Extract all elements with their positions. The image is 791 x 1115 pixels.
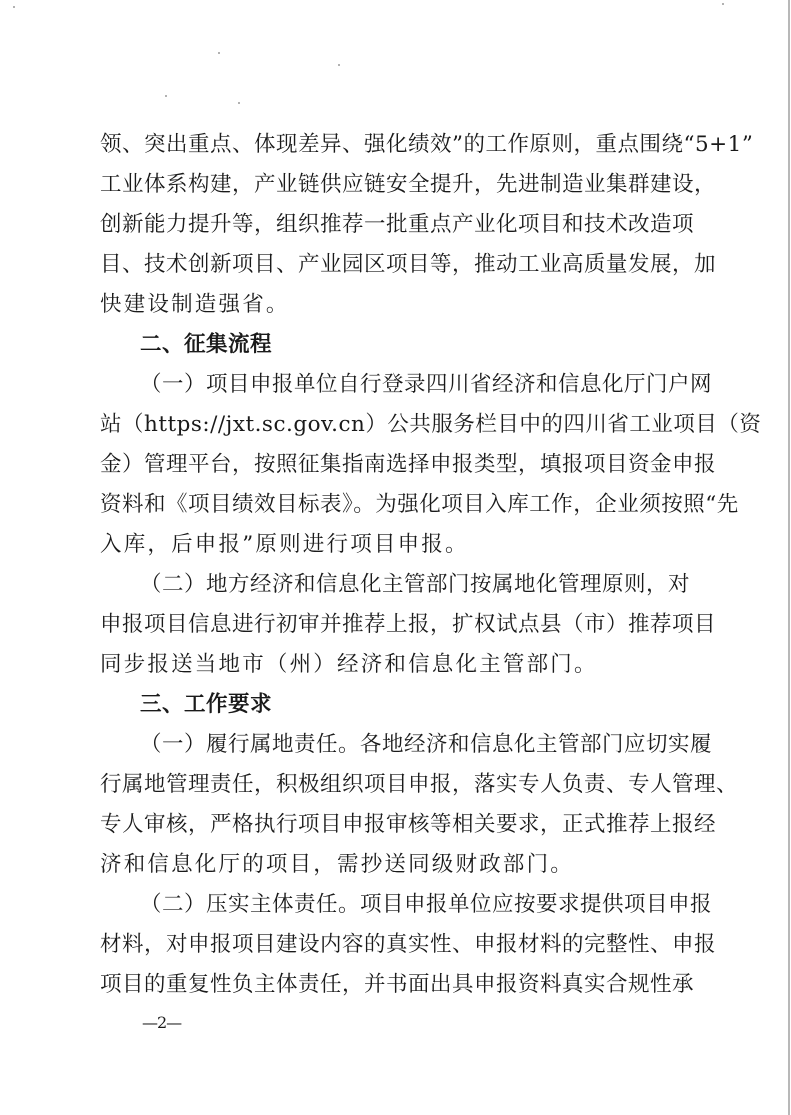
text-line: 快建设制造强省。 (100, 285, 684, 325)
paragraph-start: （一）项目申报单位自行登录四川省经济和信息化厅门户网 (100, 365, 684, 405)
text-line: 站（https://jxt.sc.gov.cn）公共服务栏目中的四川省工业项目（… (100, 405, 684, 445)
scan-speck (238, 102, 240, 104)
text-line: 专人审核，严格执行项目申报审核等相关要求，正式推荐上报经 (100, 805, 684, 845)
paragraph-start: （二）地方经济和信息化主管部门按属地化管理原则，对 (100, 565, 684, 605)
section-heading-collection-process: 二、征集流程 (100, 325, 684, 365)
text-line: 工业体系构建，产业链供应链安全提升，先进制造业集群建设， (100, 165, 684, 205)
text-line: 目、技术创新项目、产业园区项目等，推动工业高质量发展，加 (100, 245, 684, 285)
paragraph-start: （一）履行属地责任。各地经济和信息化主管部门应切实履 (100, 725, 684, 765)
section-heading-work-requirements: 三、工作要求 (100, 685, 684, 725)
scan-speck (722, 3, 724, 5)
text-line: 领、突出重点、体现差异、强化绩效”的工作原则，重点围绕“5+1” (100, 125, 684, 165)
text-line: 创新能力提升等，组织推荐一批重点产业化项目和技术改造项 (100, 205, 684, 245)
text-line: 资料和《项目绩效目标表》。为强化项目入库工作，企业须按照“先 (100, 485, 684, 525)
page-number: —2— (142, 1012, 181, 1034)
paragraph-start: （二）压实主体责任。项目申报单位应按要求提供项目申报 (100, 885, 684, 925)
scan-speck (218, 52, 220, 54)
text-line: 同步报送当地市（州）经济和信息化主管部门。 (100, 645, 684, 685)
scan-edge (788, 0, 790, 1115)
scan-speck (165, 95, 167, 97)
text-line: 入库，后申报”原则进行项目申报。 (100, 525, 684, 565)
text-line: 申报项目信息进行初审并推荐上报，扩权试点县（市）推荐项目 (100, 605, 684, 645)
scan-speck (338, 64, 340, 66)
text-line: 金）管理平台，按照征集指南选择申报类型，填报项目资金申报 (100, 445, 684, 485)
body-text: 领、突出重点、体现差异、强化绩效”的工作原则，重点围绕“5+1” 工业体系构建，… (100, 125, 684, 1005)
document-page: 领、突出重点、体现差异、强化绩效”的工作原则，重点围绕“5+1” 工业体系构建，… (0, 0, 791, 1115)
text-line: 项目的重复性负主体责任，并书面出具申报资料真实合规性承 (100, 965, 684, 1005)
text-line: 济和信息化厅的项目，需抄送同级财政部门。 (100, 845, 684, 885)
text-line: 行属地管理责任，积极组织项目申报，落实专人负责、专人管理、 (100, 765, 684, 805)
scan-speck (13, 6, 15, 8)
text-line: 材料，对申报项目建设内容的真实性、申报材料的完整性、申报 (100, 925, 684, 965)
